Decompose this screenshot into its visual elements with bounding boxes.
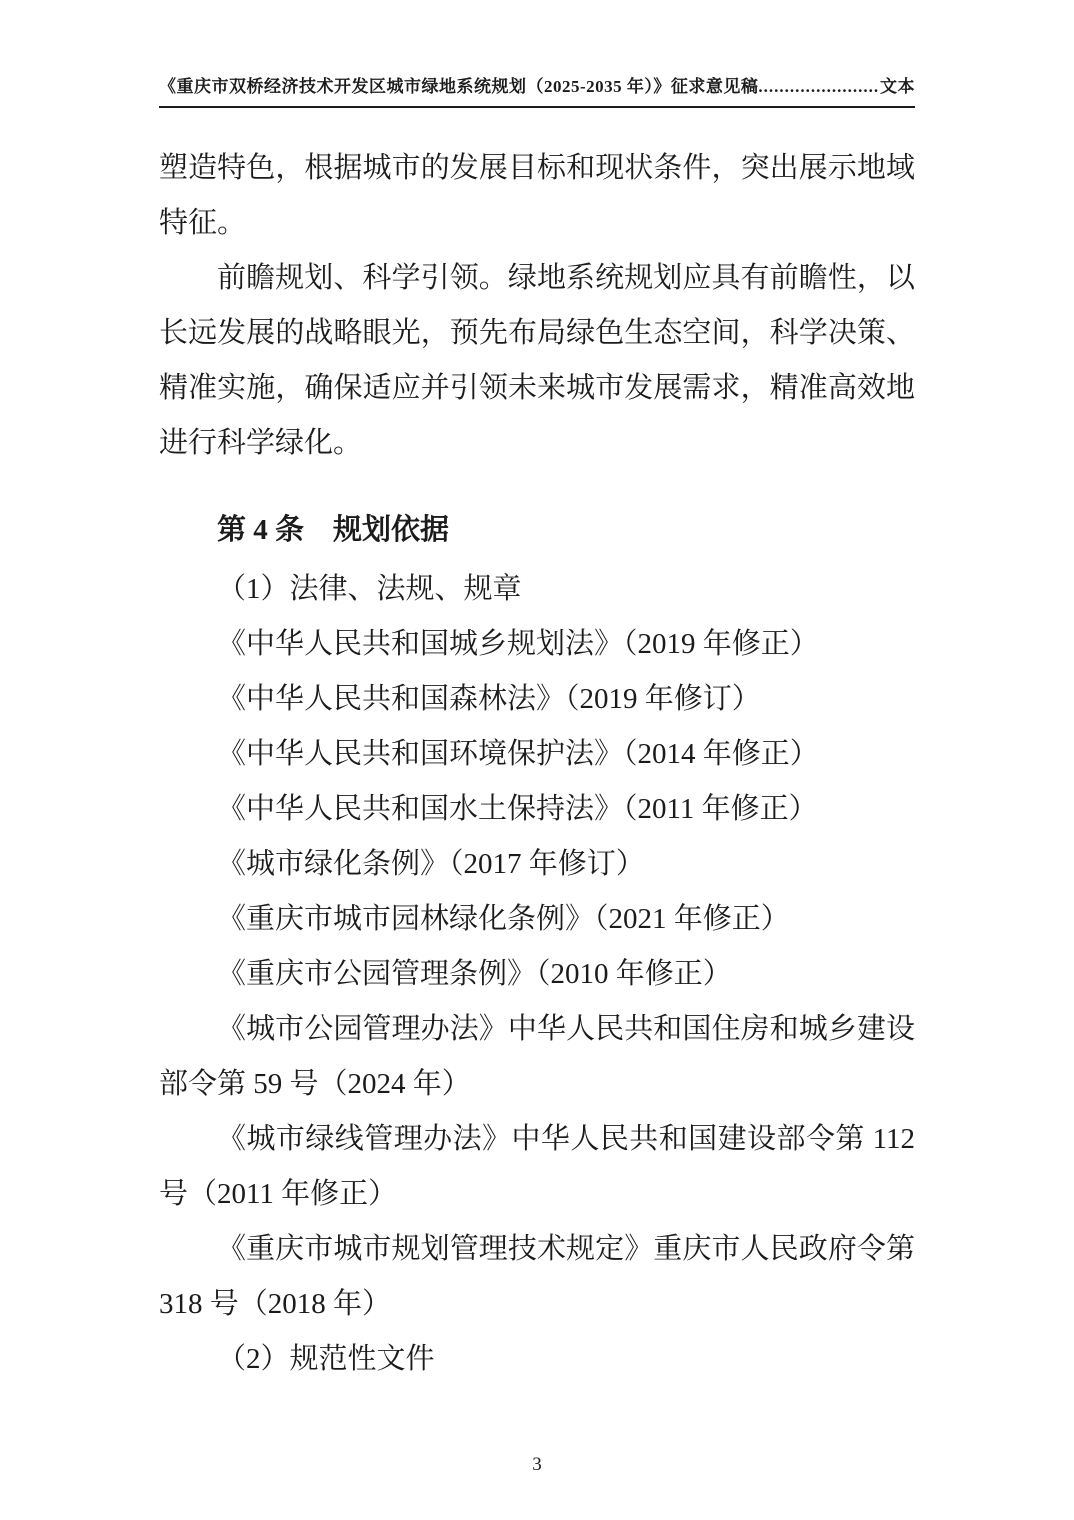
reference-item: 《城市绿化条例》（2017 年修订） <box>159 837 915 892</box>
reference-item: 《重庆市城市园林绿化条例》（2021 年修正） <box>159 892 915 947</box>
reference-item: 《中华人民共和国水土保持法》（2011 年修正） <box>159 782 915 837</box>
list-label-1: （1）法律、法规、规章 <box>159 562 915 617</box>
page-number: 3 <box>0 1454 1074 1476</box>
page-header: 《重庆市双桥经济技术开发区城市绿地系统规划（2025-2035 年）》征求意见稿… <box>159 72 915 108</box>
reference-item: 《重庆市公园管理条例》（2010 年修正） <box>159 947 915 1002</box>
paragraph-continuation: 塑造特色，根据城市的发展目标和现状条件，突出展示地域特征。 <box>159 141 915 251</box>
reference-item: 《重庆市城市规划管理技术规定》重庆市人民政府令第 318 号（2018 年） <box>159 1222 915 1332</box>
header-dot-leader: ........................................… <box>758 77 880 97</box>
reference-item: 《中华人民共和国环境保护法》（2014 年修正） <box>159 727 915 782</box>
header-title: 《重庆市双桥经济技术开发区城市绿地系统规划（2025-2035 年）》征求意见稿 <box>159 72 758 97</box>
document-page: 《重庆市双桥经济技术开发区城市绿地系统规划（2025-2035 年）》征求意见稿… <box>0 0 1074 1520</box>
article-4-heading: 第 4 条 规划依据 <box>159 503 915 558</box>
document-body: 塑造特色，根据城市的发展目标和现状条件，突出展示地域特征。 前瞻规划、科学引领。… <box>159 141 915 1387</box>
header-suffix-label: 文本 <box>880 72 915 97</box>
reference-item: 《城市绿线管理办法》中华人民共和国建设部令第 112 号（2011 年修正） <box>159 1112 915 1222</box>
reference-item: 《中华人民共和国城乡规划法》（2019 年修正） <box>159 617 915 672</box>
list-label-2: （2）规范性文件 <box>159 1332 915 1387</box>
paragraph-principle: 前瞻规划、科学引领。绿地系统规划应具有前瞻性，以长远发展的战略眼光，预先布局绿色… <box>159 251 915 471</box>
reference-item: 《中华人民共和国森林法》（2019 年修订） <box>159 672 915 727</box>
reference-item: 《城市公园管理办法》中华人民共和国住房和城乡建设部令第 59 号（2024 年） <box>159 1002 915 1112</box>
